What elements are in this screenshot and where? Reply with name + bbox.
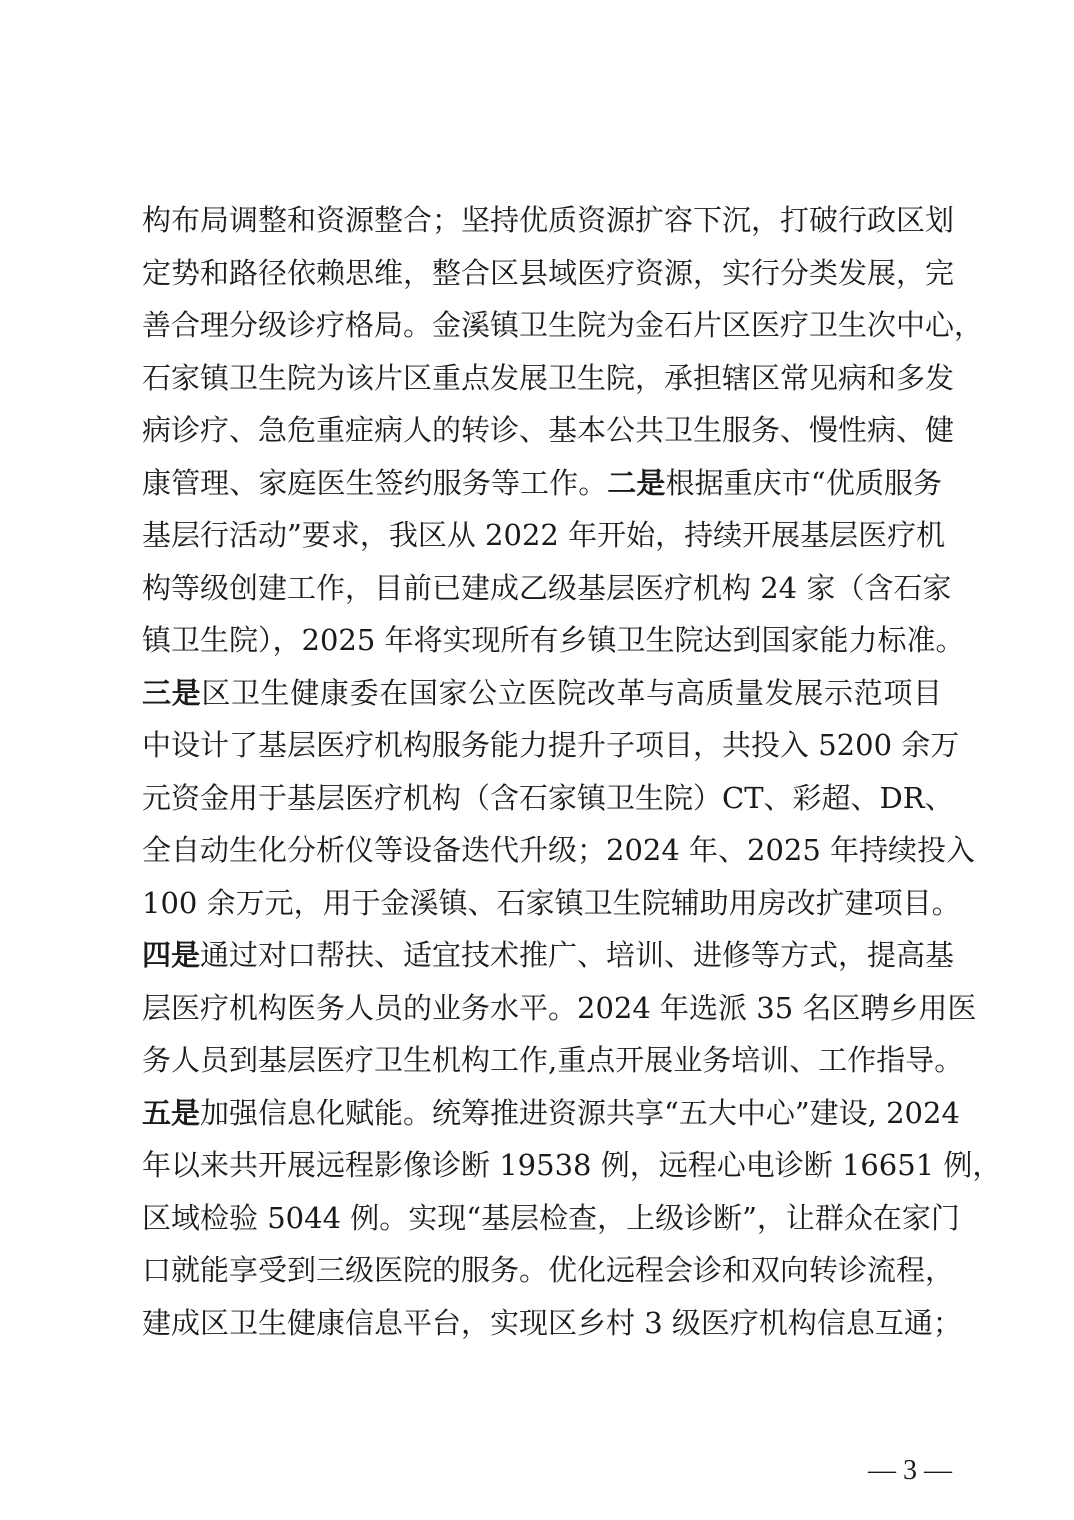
- text-line: 元资金用于基层医疗机构（含石家镇卫生院）CT、彩超、DR、: [142, 772, 942, 825]
- text-line: 善合理分级诊疗格局。金溪镇卫生院为金石片区医疗卫生次中心，: [142, 299, 942, 352]
- point-marker-4: 四是: [142, 938, 200, 972]
- text-line: 区域检验 5044 例。实现“基层检查，上级诊断”，让群众在家门: [142, 1192, 942, 1245]
- text-line: 石家镇卫生院为该片区重点发展卫生院，承担辖区常见病和多发: [142, 352, 942, 405]
- text-line: 基层行活动”要求，我区从 2022 年开始，持续开展基层医疗机: [142, 509, 942, 562]
- text-line: 全自动生化分析仪等设备迭代升级；2024 年、2025 年持续投入: [142, 824, 942, 877]
- text-line: 建成区卫生健康信息平台，实现区乡村 3 级医疗机构信息互通；: [142, 1297, 942, 1350]
- text-line: 层医疗机构医务人员的业务水平。2024 年选派 35 名区聘乡用医: [142, 982, 942, 1035]
- text-line: 康管理、家庭医生签约服务等工作。二是根据重庆市“优质服务: [142, 457, 942, 510]
- text-line: 构布局调整和资源整合；坚持优质资源扩容下沉，打破行政区划: [142, 194, 942, 247]
- point-marker-2: 二是: [607, 466, 665, 500]
- text-line: 三是区卫生健康委在国家公立医院改革与高质量发展示范项目: [142, 667, 942, 720]
- text-line: 100 余万元，用于金溪镇、石家镇卫生院辅助用房改扩建项目。: [142, 877, 942, 930]
- page-number: — 3 —: [868, 1455, 952, 1487]
- text-line: 病诊疗、急危重症病人的转诊、基本公共卫生服务、慢性病、健: [142, 404, 942, 457]
- text-line: 年以来共开展远程影像诊断 19538 例，远程心电诊断 16651 例，: [142, 1139, 942, 1192]
- text-line: 口就能享受到三级医院的服务。优化远程会诊和双向转诊流程，: [142, 1244, 942, 1297]
- text-line: 构等级创建工作，目前已建成乙级基层医疗机构 24 家（含石家: [142, 562, 942, 615]
- text-line: 四是通过对口帮扶、适宜技术推广、培训、进修等方式，提高基: [142, 929, 942, 982]
- text-line: 镇卫生院），2025 年将实现所有乡镇卫生院达到国家能力标准。: [142, 614, 942, 667]
- point-marker-3: 三是: [142, 676, 201, 710]
- document-page: 构布局调整和资源整合；坚持优质资源扩容下沉，打破行政区划 定势和路径依赖思维，整…: [0, 0, 1074, 1520]
- body-text: 构布局调整和资源整合；坚持优质资源扩容下沉，打破行政区划 定势和路径依赖思维，整…: [142, 194, 942, 1349]
- text-line: 中设计了基层医疗机构服务能力提升子项目，共投入 5200 余万: [142, 719, 942, 772]
- text-line: 定势和路径依赖思维，整合区县域医疗资源，实行分类发展，完: [142, 247, 942, 300]
- text-line: 务人员到基层医疗卫生机构工作,重点开展业务培训、工作指导。: [142, 1034, 942, 1087]
- point-marker-5: 五是: [142, 1096, 200, 1130]
- text-line: 五是加强信息化赋能。统筹推进资源共享“五大中心”建设, 2024: [142, 1087, 942, 1140]
